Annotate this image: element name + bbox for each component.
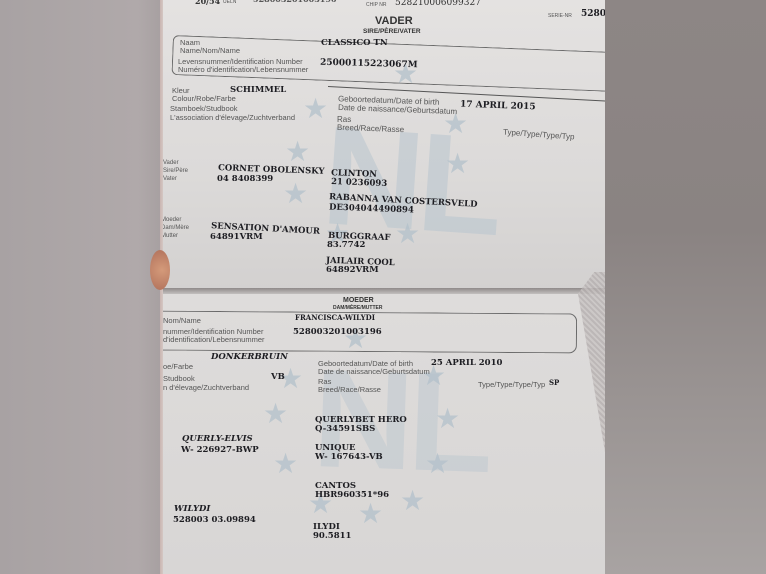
ueln-label: UELN bbox=[223, 0, 236, 7]
dam-dob-value: 25 APRIL 2010 bbox=[431, 358, 502, 368]
eu-star-icon: ★ bbox=[395, 220, 420, 248]
dam-studbook-value: VB bbox=[271, 372, 285, 382]
dam-granddam-id: W- 167643-VB bbox=[315, 452, 383, 462]
pedigree-sire-label: Vader bbox=[163, 160, 179, 167]
sire-colour-value: SCHIMMEL bbox=[230, 85, 286, 95]
pedigree-dam-label: Moeder bbox=[163, 217, 181, 224]
dam-colour-label: oe/Farbe bbox=[163, 362, 193, 371]
pedigree-dam-label: Mutter bbox=[163, 233, 178, 240]
sire-dam-sire-id: 83.7742 bbox=[327, 240, 365, 250]
serie-label: SERIE-NR bbox=[548, 12, 572, 21]
chip-label: CHIP NR bbox=[366, 1, 386, 10]
dam-name-label: Nom/Name bbox=[163, 316, 201, 325]
sire-id-label-2: Numéro d'identification/Lebensnummer bbox=[178, 65, 308, 74]
sire-studbook-label-1: Stamboek/Studbook bbox=[170, 104, 238, 113]
dam-breed-label-2: Breed/Race/Rasse bbox=[318, 385, 381, 394]
sire-studbook-label-2: L'association d'élevage/Zuchtverband bbox=[170, 113, 295, 122]
sire-sire-id: 04 8408399 bbox=[217, 174, 273, 184]
eu-star-icon: ★ bbox=[303, 95, 328, 123]
sire-heading: VADER bbox=[375, 15, 413, 27]
eu-star-icon: ★ bbox=[400, 487, 425, 515]
pedigree-sire-label: Vater bbox=[163, 176, 177, 183]
sire-name-label-2: Name/Nom/Name bbox=[180, 46, 240, 55]
dam-type-value: SP bbox=[549, 378, 559, 388]
dam-studbook-label-1: Studbook bbox=[163, 374, 195, 383]
eu-star-icon: ★ bbox=[435, 405, 460, 433]
dam-heading: MOEDER bbox=[343, 297, 374, 304]
chip-value: 528210006099327 bbox=[395, 0, 481, 8]
eu-star-icon: ★ bbox=[425, 450, 450, 478]
sire-dam-dam-id: 64892VRM bbox=[326, 265, 379, 275]
eu-star-icon: ★ bbox=[283, 180, 308, 208]
pedigree-sire-label: Sire/Père bbox=[163, 168, 188, 175]
eu-star-icon: ★ bbox=[273, 450, 298, 478]
dam-type-label: Type/Type/Type/Typ bbox=[478, 380, 545, 389]
sire-grandsire-id: 21 0236093 bbox=[331, 177, 388, 189]
pedigree-dam-label: Dam/Mère bbox=[163, 225, 189, 232]
dam-grandsire-id: Q-34591SBS bbox=[315, 424, 375, 434]
dam-dam-dam-id: 90.5811 bbox=[313, 531, 351, 541]
serie-value: 52801 bbox=[581, 9, 605, 19]
sire-name-value: CLASSICO TN bbox=[321, 38, 388, 48]
dam-id-value: 528003201003196 bbox=[293, 327, 382, 337]
dam-subheading: DAM/MÈRE/MUTTER bbox=[333, 305, 382, 311]
dam-sire-name: QUERLY-ELVIS bbox=[182, 434, 253, 444]
eu-star-icon: ★ bbox=[445, 150, 470, 178]
passport-page: NL NL ★ ★ ★ ★ ★ ★ ★ ★ ★ ★ ★ ★ ★ ★ ★ ★ ★ … bbox=[163, 0, 605, 574]
eu-star-icon: ★ bbox=[285, 138, 310, 166]
dam-colour-value: DONKERBRUIN bbox=[211, 352, 288, 362]
dam-dob-label-2: Date de naissance/Geburtsdatum bbox=[318, 367, 430, 376]
dam-dam-id: 528003 03.09894 bbox=[173, 515, 256, 525]
dam-name-value: FRANCISCA-WILYDI bbox=[295, 313, 375, 323]
sire-dam-id: 64891VRM bbox=[210, 232, 263, 242]
dam-dam-sire-id: HBR960351*96 bbox=[315, 490, 389, 500]
ueln-value: 528003201003196 bbox=[253, 0, 337, 4]
dam-id-label-2: d'identification/Lebensnummer bbox=[163, 335, 265, 344]
sire-subheading: SIRE/PÈRE/VATER bbox=[363, 28, 421, 35]
sire-colour-label-2: Colour/Robe/Farbe bbox=[172, 94, 236, 103]
dam-sire-id: W- 226927-BWP bbox=[181, 445, 259, 455]
finger bbox=[150, 250, 170, 290]
background-surface bbox=[605, 0, 766, 574]
eu-star-icon: ★ bbox=[263, 400, 288, 428]
eu-star-icon: ★ bbox=[358, 500, 383, 528]
dam-studbook-label-2: n d'élevage/Zuchtverband bbox=[163, 383, 249, 392]
dam-dam-name: WILYDI bbox=[174, 504, 210, 514]
page-number: 20/54 bbox=[195, 0, 220, 6]
